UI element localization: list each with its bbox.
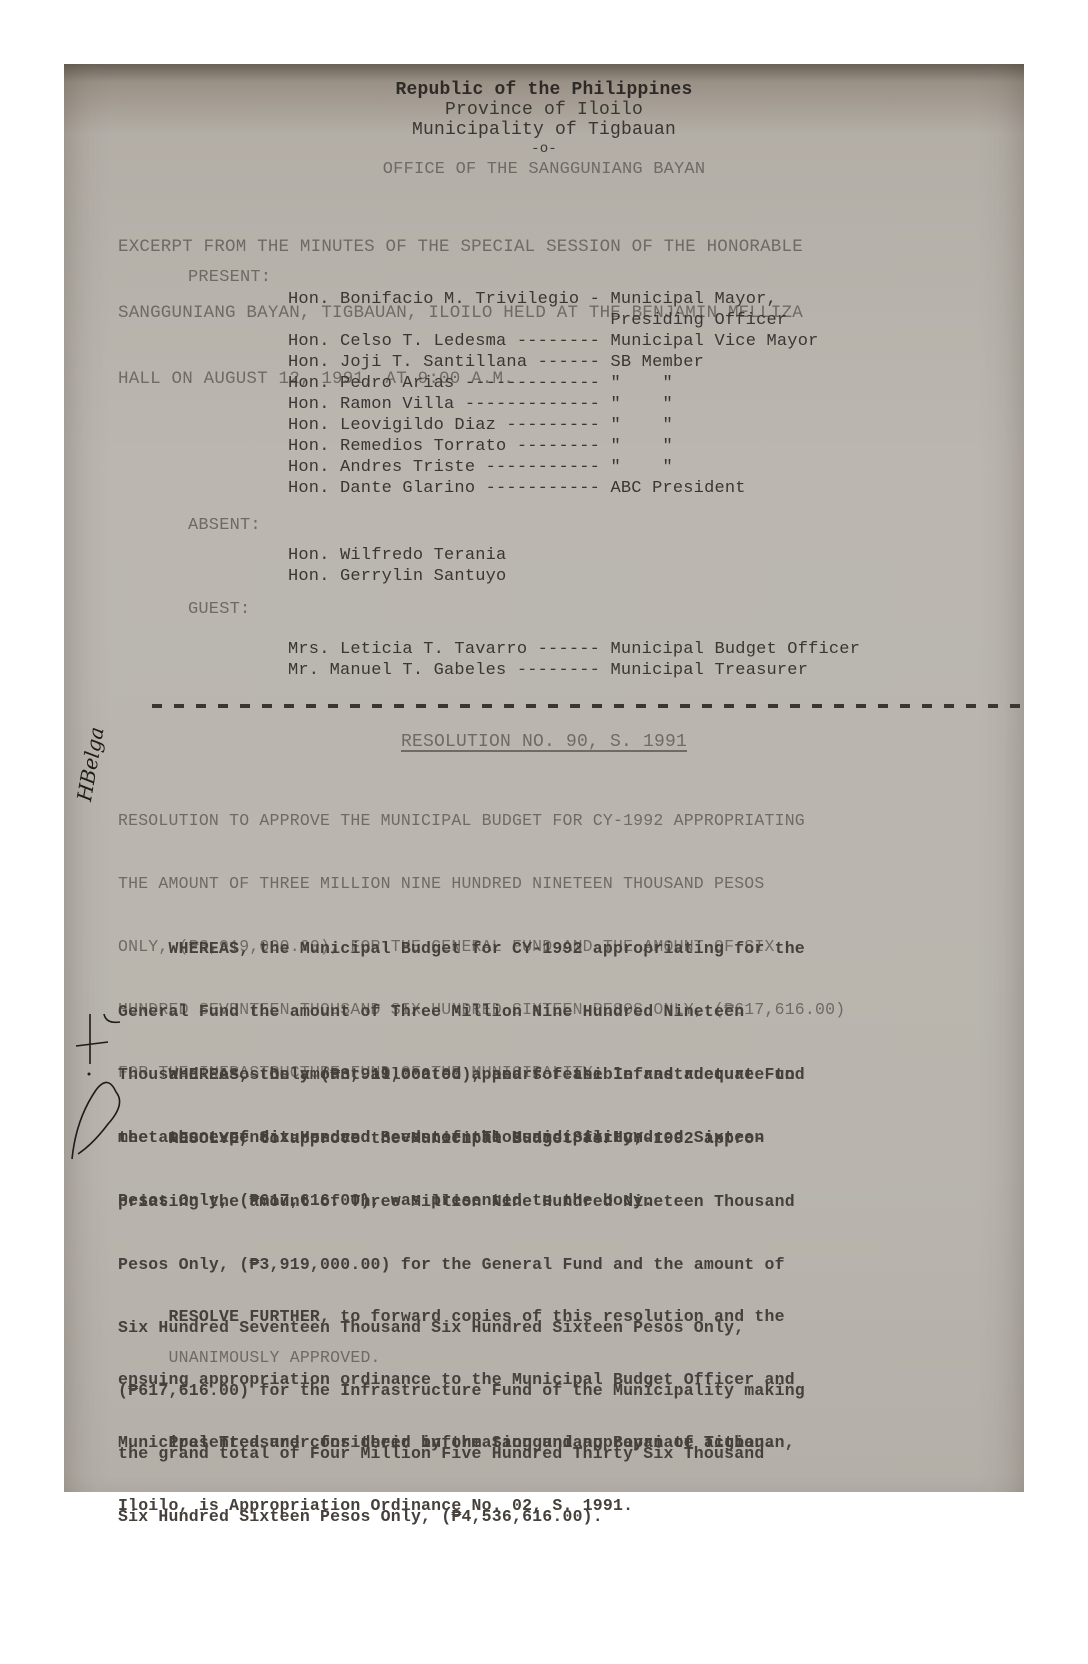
absent-member: Hon. Wilfredo Terania (288, 546, 506, 565)
header-province: Province of Iloilo (64, 100, 1024, 120)
member-name: Hon. Dante Glarino ----------- (288, 479, 600, 498)
present-member: Hon. Remedios Torrato -------- " " (288, 437, 673, 456)
present-member: Hon. Dante Glarino ----------- ABC Presi… (288, 479, 746, 498)
member-name: Hon. Andres Triste ----------- (288, 458, 600, 477)
paragraph-line: Iloilo, is Appropriation Ordinance No. 0… (118, 1495, 795, 1516)
paragraph-line: WHEREAS, the Municipal Budget for CY-199… (118, 938, 805, 959)
caption-line: THE AMOUNT OF THREE MILLION NINE HUNDRED… (118, 873, 845, 894)
member-name: Hon. Pedro Arias ------------- (288, 374, 600, 393)
member-name: Hon. Joji T. Santillana ------ (288, 353, 600, 372)
approval-status: UNANIMOUSLY APPROVED. (118, 1348, 381, 1367)
guest-name: Mrs. Leticia T. Tavarro ------ (288, 640, 600, 659)
guest-member: Mrs. Leticia T. Tavarro ------ Municipal… (288, 640, 860, 659)
absent-member: Hon. Gerrylin Santuyo (288, 567, 506, 586)
header-republic: Republic of the Philippines (64, 80, 1024, 100)
document-page: Republic of the Philippines Province of … (64, 64, 1024, 1492)
present-member: Hon. Joji T. Santillana ------ SB Member (288, 353, 704, 372)
paragraph-line: Presented and considered by the Sangguni… (118, 1432, 795, 1453)
handwritten-initials-icon (68, 994, 138, 1164)
guest-label: GUEST: (188, 600, 250, 619)
dashed-divider (152, 704, 1022, 708)
absent-label: ABSENT: (188, 516, 261, 535)
member-name: Hon. Leovigildo Diaz --------- (288, 416, 600, 435)
paragraph-line: RESOLVE, to approve the Municipal Budget… (118, 1128, 805, 1149)
member-name: Hon. Celso T. Ledesma -------- (288, 332, 600, 351)
paragraph-line: General Fund the amount of Three Million… (118, 1001, 805, 1022)
member-role: SB Member (610, 353, 704, 372)
caption-line: RESOLUTION TO APPROVE THE MUNICIPAL BUDG… (118, 810, 845, 831)
member-role: " " (610, 395, 672, 414)
paragraph-line: RESOLVE FURTHER, to forward copies of th… (118, 1306, 795, 1327)
present-member: Hon. Pedro Arias ------------- " " (288, 374, 673, 393)
member-role: " " (610, 458, 672, 477)
office-title: OFFICE OF THE SANGGUNIANG BAYAN (64, 160, 1024, 179)
guest-role: Municipal Budget Officer (610, 640, 860, 659)
member-role: " " (610, 374, 672, 393)
guest-role: Municipal Treasurer (610, 661, 808, 680)
guest-member: Mr. Manuel T. Gabeles -------- Municipal… (288, 661, 808, 680)
present-member: Hon. Andres Triste ----------- " " (288, 458, 673, 477)
member-name: Hon. Remedios Torrato -------- (288, 437, 600, 456)
member-name: Hon. Ramon Villa ------------- (288, 395, 600, 414)
paragraph-line: priating the amount of Three Million Nin… (118, 1191, 805, 1212)
present-label: PRESENT: (188, 268, 271, 287)
member-role: Municipal Mayor, (610, 290, 776, 309)
paragraph-line: ensuing appropriation ordinance to the M… (118, 1369, 795, 1390)
member-role: ABC President (610, 479, 745, 498)
present-member: Hon. Ramon Villa ------------- " " (288, 395, 673, 414)
present-member: Hon. Bonifacio M. Trivilegio - Municipal… (288, 290, 777, 309)
member-role: Municipal Vice Mayor (610, 332, 818, 351)
guest-name: Mr. Manuel T. Gabeles -------- (288, 661, 600, 680)
excerpt-line: EXCERPT FROM THE MINUTES OF THE SPECIAL … (118, 236, 803, 258)
member-role: " " (610, 437, 672, 456)
header-separator: -o- (64, 141, 1024, 157)
present-member: Hon. Leovigildo Diaz --------- " " (288, 416, 673, 435)
present-member: Hon. Celso T. Ledesma -------- Municipal… (288, 332, 819, 351)
presented-paragraph: Presented and considered by the Sangguni… (118, 1390, 795, 1558)
header-municipality: Municipality of Tigbauan (64, 120, 1024, 140)
member-role-continued: Hon. Bonifacio M. Trivilegio - Presiding… (288, 311, 787, 330)
member-name: Hon. Bonifacio M. Trivilegio - (288, 290, 600, 309)
member-role: Presiding Officer (610, 311, 787, 330)
paragraph-line: WHEREAS, the amount allocated appears fe… (118, 1064, 795, 1085)
resolution-title: RESOLUTION NO. 90, S. 1991 (64, 732, 1024, 752)
member-role: " " (610, 416, 672, 435)
